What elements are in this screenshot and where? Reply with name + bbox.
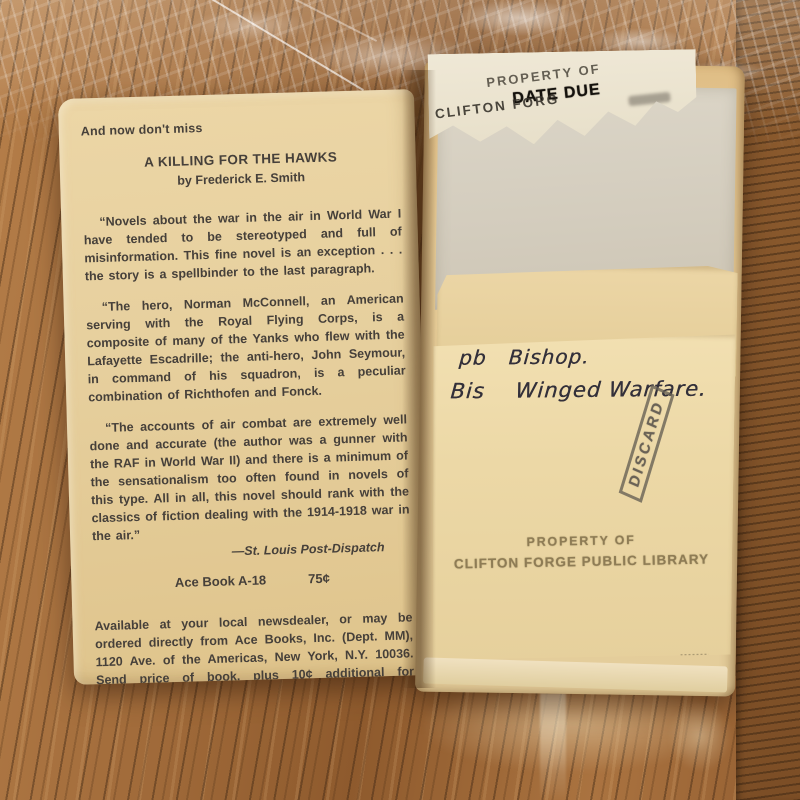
- book-code-price-line: Ace Book A-18 75¢: [93, 568, 411, 592]
- ordering-info: Available at your local newsdealer, or m…: [94, 608, 414, 684]
- book-price: 75¢: [308, 571, 330, 587]
- clifton-stamp-top: CLIFTON FORG: [434, 91, 560, 121]
- library-stamp-line1: PROPERTY OF: [430, 531, 732, 551]
- library-card-pocket: pb Bishop. Bis Winged Warfare. DISCARD P…: [429, 330, 736, 665]
- library-stamp-line2: CLIFTON FORGE PUBLIC LIBRARY: [430, 551, 732, 572]
- discard-stamp: DISCARD: [619, 384, 675, 503]
- ad-title: A KILLING FOR THE HAWKS: [81, 148, 399, 172]
- handwritten-call-number: pb Bishop.: [458, 344, 590, 369]
- ink-smudge: [628, 92, 671, 106]
- page-stack-edge: [423, 657, 728, 692]
- review-paragraph: “Novels about the war in the air in Worl…: [83, 205, 403, 286]
- book-code: Ace Book A-18: [175, 572, 267, 590]
- open-book: And now don't miss A KILLING FOR THE HAW…: [0, 0, 800, 800]
- book-gutter-shadow: [402, 70, 436, 688]
- tiny-printer-mark: [681, 654, 709, 661]
- ad-copy: And now don't miss A KILLING FOR THE HAW…: [80, 90, 415, 685]
- review-paragraph: “The accounts of air combat are extremel…: [89, 410, 410, 545]
- ad-byline: by Frederick E. Smith: [82, 168, 400, 191]
- library-ownership-stamp: PROPERTY OF CLIFTON FORGE PUBLIC LIBRARY: [430, 531, 733, 572]
- ad-kicker: And now don't miss: [81, 116, 399, 139]
- left-page-ad: And now don't miss A KILLING FOR THE HAW…: [58, 89, 430, 685]
- photo-open-paperback-on-table: And now don't miss A KILLING FOR THE HAW…: [0, 0, 800, 800]
- review-paragraph: “The hero, Norman McConnell, an American…: [85, 290, 406, 407]
- right-page-endpaper: pb Bishop. Bis Winged Warfare. DISCARD P…: [415, 62, 745, 697]
